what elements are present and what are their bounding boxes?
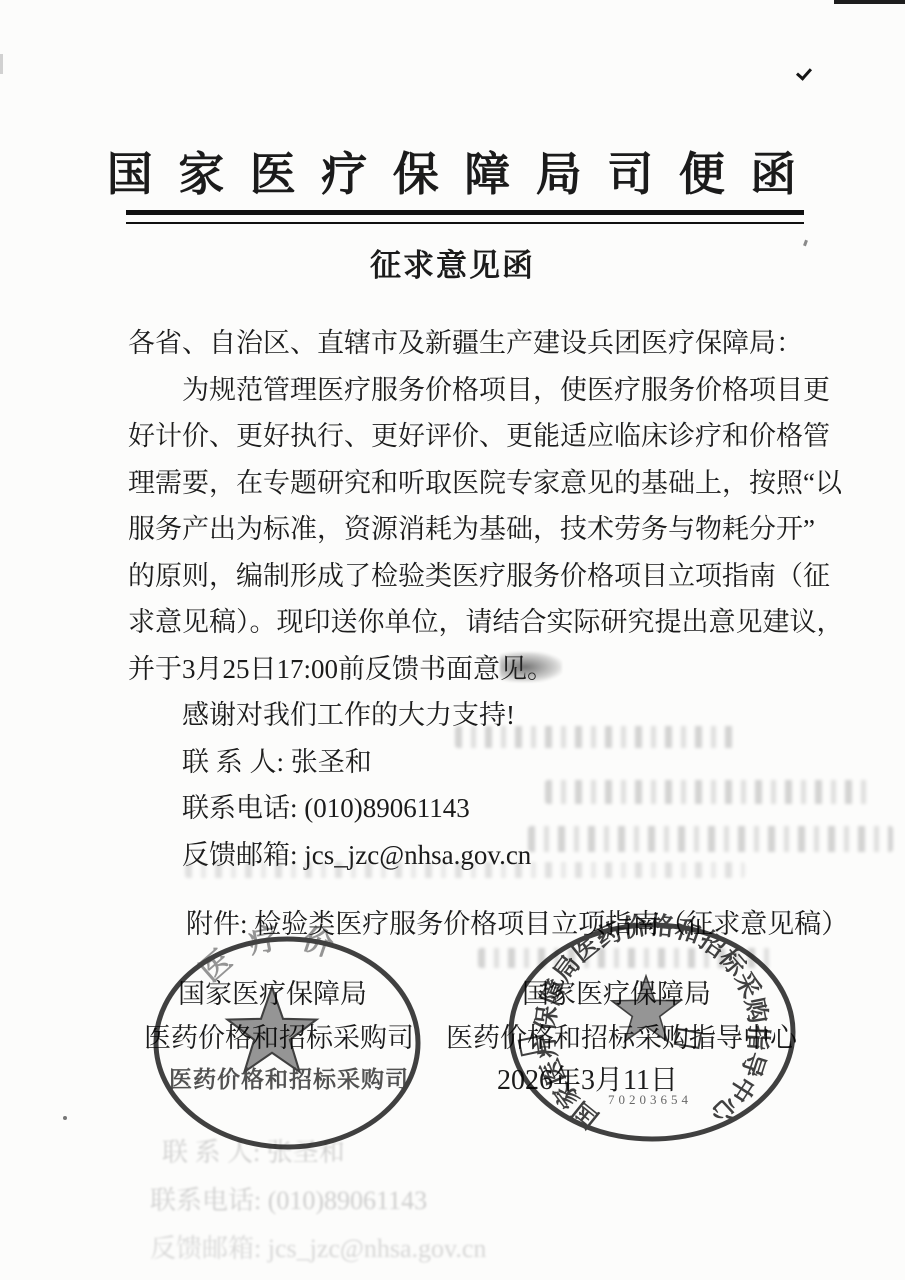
stamp-ring-text: 医 疗 价 (194, 921, 343, 989)
stamp-bottom-text: 医药价格和招标采购司 (169, 1066, 409, 1092)
scanned-letter-page: 国 家 医 疗 保 障 局 司 便 函 征求意见函 各省、自治区、直辖市及新疆生… (0, 0, 905, 1280)
ink-stamps-layer: 医 疗 价 医药价格和招标采购司 国家医疗保障局医药价格和招标采购指导中心 70… (0, 0, 905, 1280)
left-official-stamp: 医 疗 价 医药价格和招标采购司 (156, 921, 418, 1147)
right-official-stamp: 国家医疗保障局医药价格和招标采购指导中心 70203654 (511, 911, 793, 1139)
stamp-serial-number: 70203654 (608, 1092, 692, 1107)
stamp-ring-text-path: 医 疗 价 (194, 921, 343, 989)
star-icon (227, 987, 316, 1072)
stamp-side-mark (675, 1029, 701, 1048)
star-icon (612, 976, 680, 1041)
